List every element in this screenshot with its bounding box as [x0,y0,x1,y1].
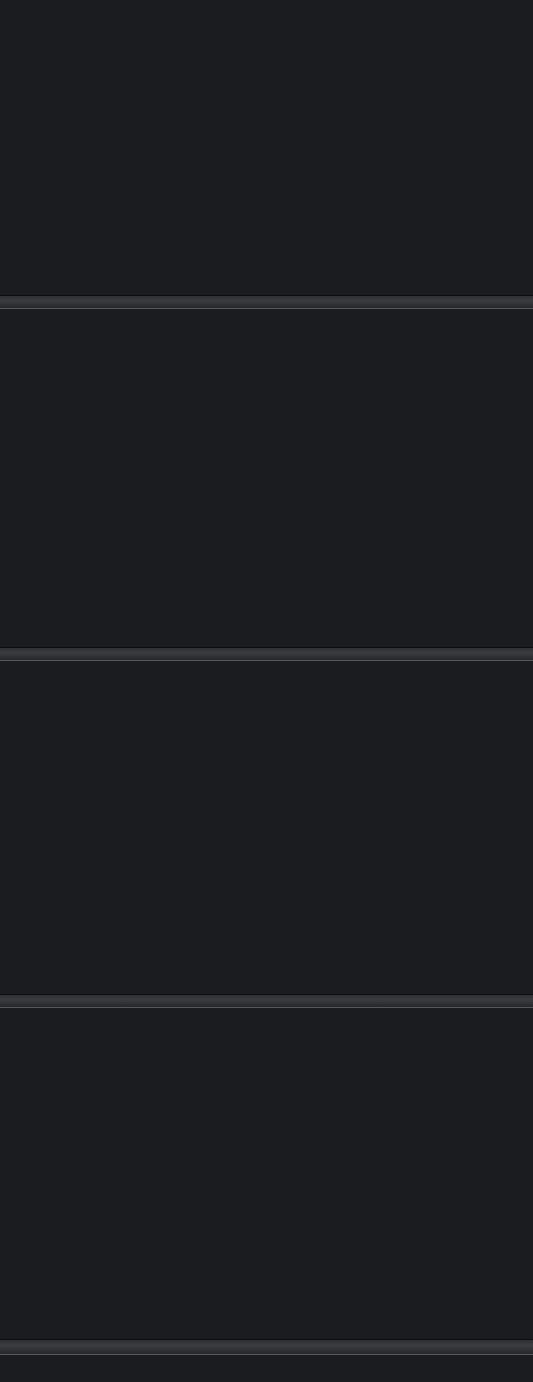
stamp-5: ANGOLA [264,743,490,999]
stamp-5-hinge [304,778,454,833]
stamp-2-pencil-line-3: MARQUES [63,511,185,535]
stamp-1-value-ghost: 750 [188,61,224,82]
stamp-2: PORTUGUESIE PARI MARQUES LOURECO [28,389,252,647]
stamp-1: 750 ANGOLA [153,41,385,299]
stamp-3-value-ghost: OIO [318,444,379,482]
stamp-5-country-ghost: ANGOLA [360,943,409,957]
stamp-2-green-selvage [28,597,252,647]
stamp-3-country-ghost: ANGOLA [318,589,367,603]
stamp-4-pink-mark [66,857,96,879]
stamp-4-hinge [86,793,216,848]
stamp-6-pencil-number-bottom: 25 [182,1281,221,1311]
stamp-4: 96 [28,743,252,999]
stock-strip-2 [0,648,533,660]
stamp-6-country-ghost: ANGOLA [114,1291,163,1305]
stamp-7 [264,1080,496,1344]
stamp-2-pencil-line-2: PARI [116,469,170,491]
stamp-7-hinge [304,1105,434,1200]
stamp-2-pencil-line-1: PORTUGUESIE [30,433,197,455]
stamp-2-pencil-line-4: LOURECO [68,549,186,573]
stamp-6-pencil-number-top: 43 [122,1100,156,1125]
stamp-1-country-ghost: ANGOLA [231,239,280,253]
stamp-4-pencil-number: 96 [146,921,180,946]
stamp-3: OIO ANGOLA [258,389,486,647]
stamp-6-hinge [102,1096,212,1181]
stamp-6: 43 ANGOLA 25 [32,1086,256,1344]
